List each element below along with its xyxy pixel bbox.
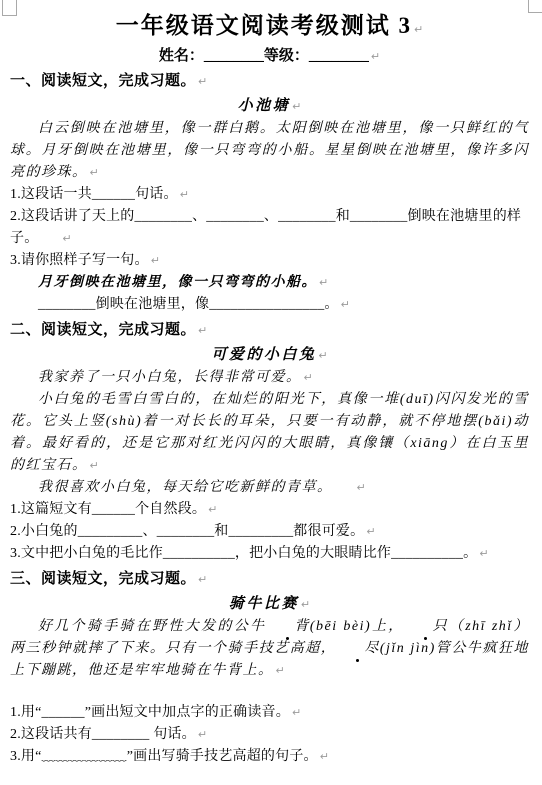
paragraph-mark: ↵ — [198, 324, 207, 337]
paragraph-mark: ↵ — [318, 349, 327, 362]
passage2-paragraph3: 我很喜欢小白兔，每天给它吃新鲜的青草。↵ — [10, 477, 529, 499]
section2-question1-text: 1.这篇短文有______个自然段。 — [10, 502, 206, 517]
section2-heading-line: 二、阅读短文，完成习题。↵ — [10, 319, 529, 342]
name-grade-line: 姓名：________等级：________↵ — [10, 46, 529, 67]
passage2-title: 可爱的小白兔 — [211, 347, 316, 363]
paragraph-mark: ↵ — [276, 664, 285, 677]
passage3-title: 骑牛比赛 — [229, 596, 299, 612]
example-sentence: 月牙倒映在池塘里，像一只弯弯的小船。 — [38, 275, 317, 290]
section2-question3-text: 3.文中把小白兔的毛比作__________，把小白兔的大眼睛比作_______… — [10, 546, 477, 561]
paragraph-mark: ↵ — [292, 706, 301, 719]
paragraph-mark: ↵ — [304, 371, 313, 384]
section3-heading: 三、阅读短文，完成习题。 — [10, 571, 196, 587]
word-document-page: 一年级语文阅读考级测试 3↵ 姓名：________等级：________↵ 一… — [0, 0, 542, 785]
paragraph-mark: ↵ — [198, 75, 207, 88]
paragraph-mark: ↵ — [198, 573, 207, 586]
passage1-body: 白云倒映在池塘里，像一群白鹅。太阳倒映在池塘里，像一只鲜红的气球。月牙倒映在池塘… — [10, 121, 529, 180]
passage1-title-line: 小池塘↵ — [10, 95, 529, 118]
passage3-text: 好几个骑手骑在野性大发的公牛背(bēi bèi)上，只（zhī zhǐ） 两三秒… — [10, 616, 529, 682]
passage-text-segment: 好几个骑手骑在野性大发的公牛 — [38, 619, 266, 634]
passage2-title-line: 可爱的小白兔↵ — [10, 344, 529, 367]
section1-question1-text: 1.这段话一共______句话。 — [10, 187, 178, 202]
paragraph-mark: ↵ — [479, 547, 488, 560]
section3-question1-text: 1.用“______”画出短文中加点字的正确读音。 — [10, 705, 290, 720]
fill-in-sentence-line: ________倒映在池塘里，像________________。↵ — [10, 294, 529, 316]
section1-heading: 一、阅读短文，完成习题。 — [10, 73, 196, 89]
section2-question3: 3.文中把小白兔的毛比作__________，把小白兔的大眼睛比作_______… — [10, 543, 529, 565]
paragraph-mark: ↵ — [90, 166, 99, 179]
passage3-segments: 好几个骑手骑在野性大发的公牛背(bēi bèi)上，只（zhī zhǐ） 两三秒… — [10, 619, 529, 678]
section3-heading-line: 三、阅读短文，完成习题。↵ — [10, 568, 529, 591]
document-content: 一年级语文阅读考级测试 3↵ 姓名：________等级：________↵ 一… — [0, 0, 542, 768]
emphasized-char: 尽 — [336, 638, 380, 660]
grade-blank: ________ — [309, 48, 369, 64]
paragraph-mark: ↵ — [90, 459, 99, 472]
section2-heading: 二、阅读短文，完成习题。 — [10, 322, 196, 338]
document-title-line: 一年级语文阅读考级测试 3↵ — [10, 10, 529, 46]
emphasized-char: 只 — [405, 616, 449, 638]
passage1-title: 小池塘 — [238, 98, 291, 114]
section3-question2: 2.这段话共有________ 句话。↵ — [10, 724, 529, 746]
page-margin-mark-left — [2, 0, 17, 16]
emphasized-char: 背 — [266, 616, 310, 638]
paragraph-mark: ↵ — [180, 188, 189, 201]
passage3-title-line: 骑牛比赛↵ — [10, 593, 529, 616]
section1-question1: 1.这段话一共______句话。↵ — [10, 184, 529, 206]
passage2-paragraph2: 小白兔的毛雪白雪白的，在灿烂的阳光下，真像一堆(duī)闪闪发光的雪花。它头上竖… — [10, 389, 529, 477]
section1-question2: 2.这段话讲了天上的________、________、________和___… — [10, 206, 529, 250]
passage-text-segment: (bēi bèi)上， — [310, 619, 405, 634]
document-title: 一年级语文阅读考级测试 3 — [116, 13, 412, 38]
section2-question2: 2.小白兔的_________、________和_________都很可爱。↵ — [10, 521, 529, 543]
paragraph-mark: ↵ — [301, 598, 310, 611]
grade-label: 等级： — [264, 48, 309, 64]
passage2-paragraph1-text: 我家养了一只小白兔，长得非常可爱。 — [38, 370, 302, 385]
section3-question2-text: 2.这段话共有________ 句话。 — [10, 727, 196, 742]
section1-question2-text: 2.这段话讲了天上的________、________、________和___… — [10, 209, 521, 246]
paragraph-mark: ↵ — [208, 503, 217, 516]
section2-question2-text: 2.小白兔的_________、________和_________都很可爱。 — [10, 524, 364, 539]
paragraph-mark: ↵ — [366, 525, 375, 538]
paragraph-mark: ↵ — [414, 23, 423, 36]
section3-question1: 1.用“______”画出短文中加点字的正确读音。↵ — [10, 702, 529, 724]
section3-question3-text: 3.用“﹏﹏﹏﹏﹏﹏”画出写骑手技艺高超的句子。 — [10, 749, 318, 764]
passage1-text: 白云倒映在池塘里，像一群白鹅。太阳倒映在池塘里，像一只鲜红的气球。月牙倒映在池塘… — [10, 118, 529, 184]
section1-question3-text: 3.请你照样子写一句。 — [10, 253, 149, 268]
section1-question3: 3.请你照样子写一句。↵ — [10, 250, 529, 272]
paragraph-mark: ↵ — [62, 232, 71, 245]
paragraph-mark: ↵ — [319, 276, 328, 289]
paragraph-mark: ↵ — [198, 728, 207, 741]
paragraph-mark: ↵ — [371, 50, 380, 63]
paragraph-mark: ↵ — [320, 750, 329, 763]
name-label: 姓名： — [159, 48, 204, 64]
section3-question3: 3.用“﹏﹏﹏﹏﹏﹏”画出写骑手技艺高超的句子。↵ — [10, 746, 529, 768]
section2-question1: 1.这篇短文有______个自然段。↵ — [10, 499, 529, 521]
paragraph-mark: ↵ — [292, 100, 301, 113]
passage2-paragraph3-text: 我很喜欢小白兔，每天给它吃新鲜的青草。 — [38, 480, 333, 495]
page-margin-mark-right — [528, 0, 542, 13]
passage2-paragraph2-text: 小白兔的毛雪白雪白的，在灿烂的阳光下，真像一堆(duī)闪闪发光的雪花。它头上竖… — [10, 392, 529, 473]
fill-in-sentence: ________倒映在池塘里，像________________。 — [38, 297, 339, 312]
passage2-paragraph1: 我家养了一只小白兔，长得非常可爱。↵ — [10, 367, 529, 389]
section1-heading-line: 一、阅读短文，完成习题。↵ — [10, 70, 529, 93]
paragraph-mark: ↵ — [357, 481, 366, 494]
example-sentence-line: 月牙倒映在池塘里，像一只弯弯的小船。↵ — [10, 272, 529, 294]
paragraph-mark: ↵ — [151, 254, 160, 267]
name-blank: ________ — [204, 48, 264, 64]
paragraph-mark: ↵ — [341, 298, 350, 311]
